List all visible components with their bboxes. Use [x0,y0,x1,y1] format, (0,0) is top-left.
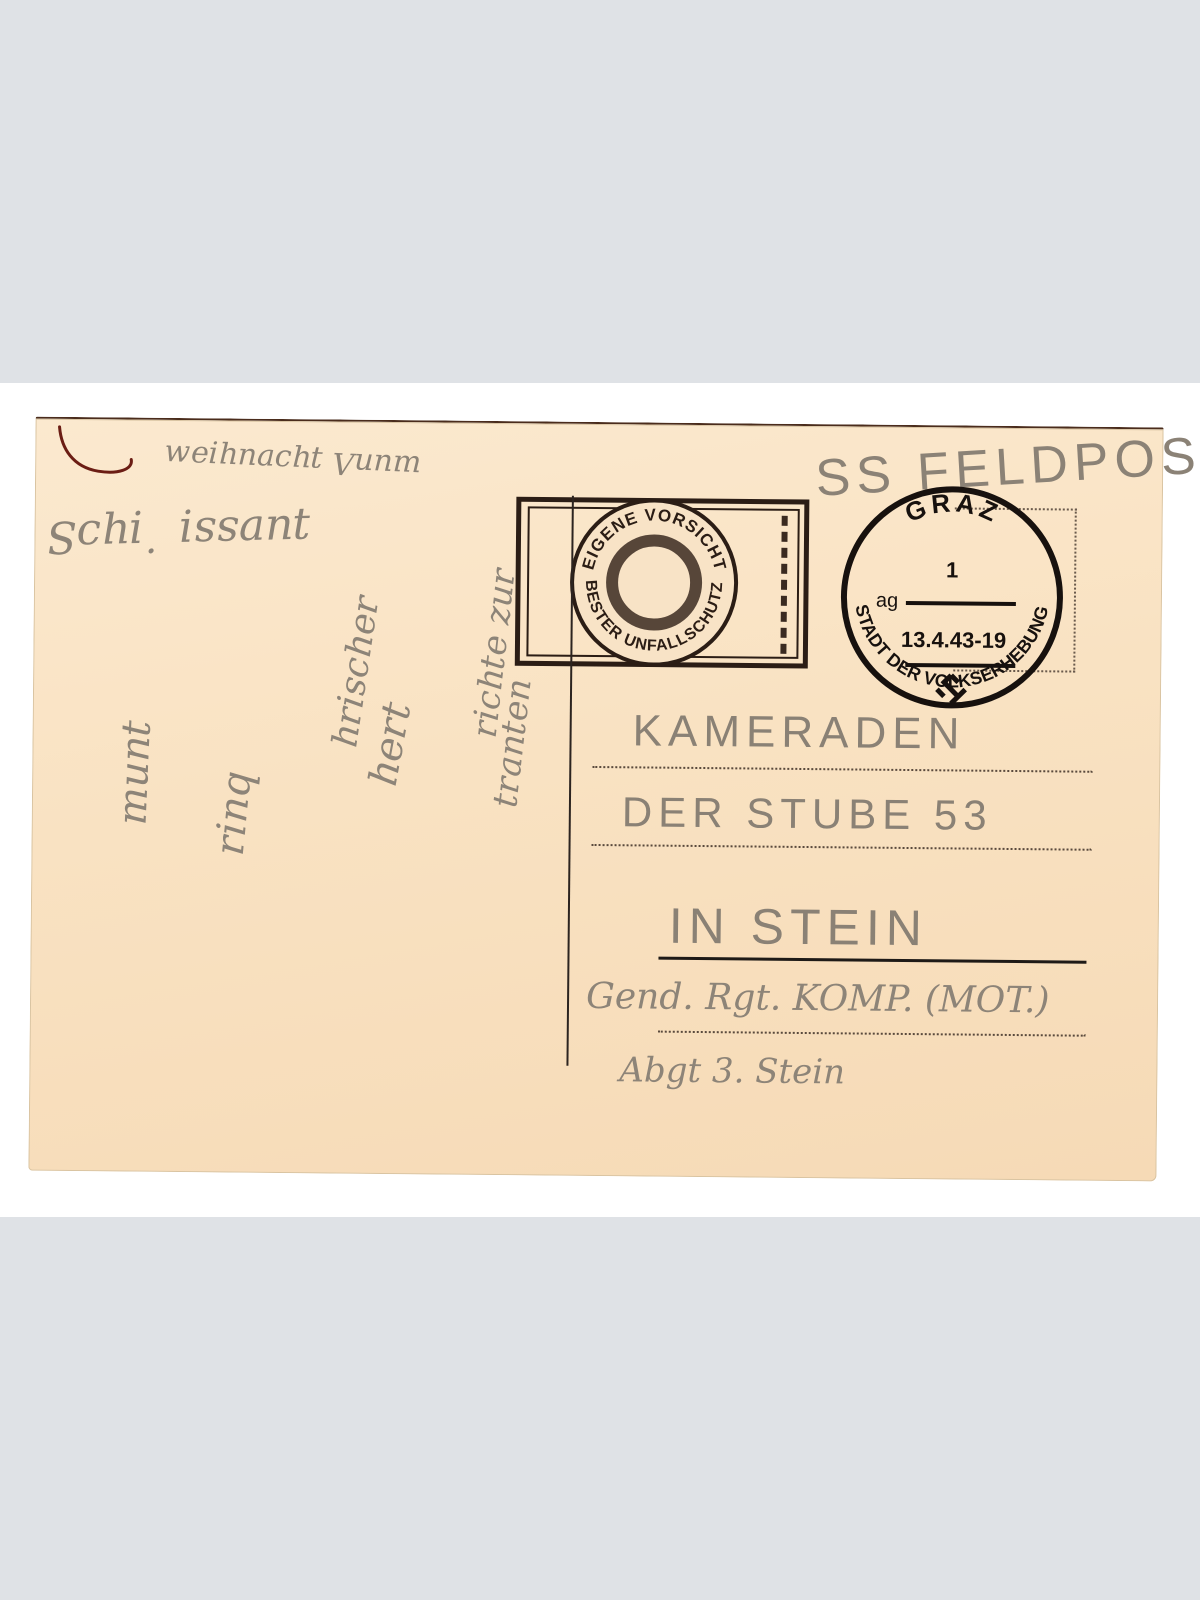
address-rule-3 [658,957,1086,964]
address-line-4: Gend. Rgt. KOMP. (MOT.) [586,976,1050,1021]
message-line-upside-down-1: ɯunΛ ʇɥɔɐuɥᴉəʍ [165,437,422,483]
message-line-sideways-1: ʇunɯ [115,719,166,826]
address-line-2: DER STUBE 53 [622,788,993,840]
address-rule-2 [592,844,1092,851]
message-line-sideways-2: buᴉɹ [212,769,266,857]
graz-postmark: GRAZ STADT DER VOLKSERHEBUNG 1 ag 13.4.4… [833,478,1075,720]
address-rule-1 [592,766,1092,773]
postmark-date: 13.4.43-19 [901,627,1006,653]
postcard: ɯunΛ ʇɥɔɐuɥᴉəʍ ʇuɐssᴉ ˙ᴉɥɔS ʇunɯ buᴉɹ ɹə… [28,417,1163,1182]
address-line-3: IN STEIN [669,897,929,957]
address-rule-4 [658,1031,1086,1037]
address-line-1: KAMERADEN [632,706,965,759]
postmark-office-number: 1 [946,557,958,582]
address-line-5: Abgt 3. Stein [619,1050,845,1092]
red-ink-mark [53,419,144,490]
message-line-upside-down-2: ʇuɐssᴉ ˙ᴉɥɔS [46,505,312,563]
slogan-cancel: EIGENE VORSICHT BESTER UNFALLSCHUTZ [513,493,815,676]
postmark-code: ag [876,590,898,612]
